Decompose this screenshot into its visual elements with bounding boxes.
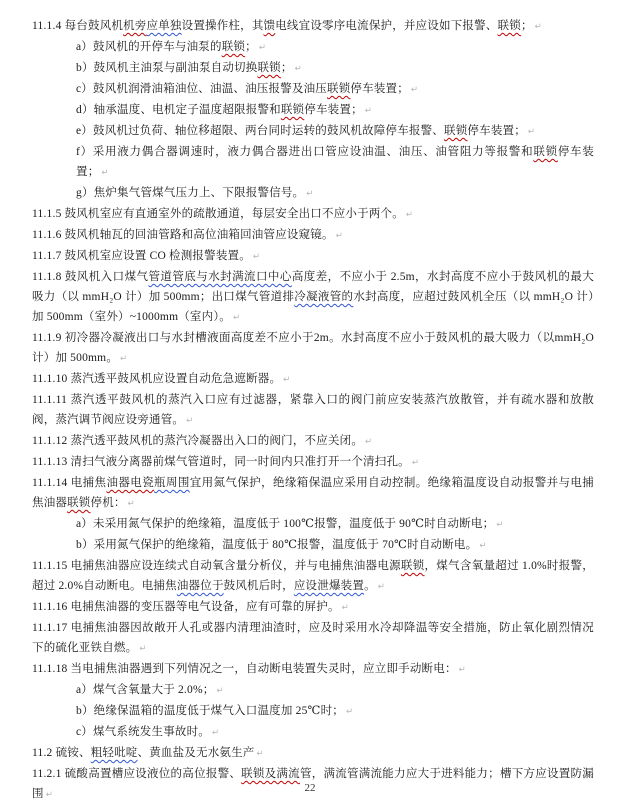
- list-item-paragraph: d）轴承温度、电机定子温度超限报警和联锁停车装置；↵: [32, 100, 594, 121]
- clause-paragraph: 11.1.14 电捕焦油器电瓷瓶周围宜用氮气保护，绝缘箱保温应采用自动控制。绝缘…: [32, 473, 594, 514]
- paragraph-mark-icon: ↵: [139, 644, 146, 654]
- clause-paragraph: 11.2 硫铵、粗轻吡啶、黄血盐及无水氨生产↵: [32, 743, 594, 764]
- text-run: ；: [521, 20, 533, 32]
- paragraph-mark-icon: ↵: [496, 520, 503, 530]
- list-item-paragraph: c）鼓风机润滑油箱油位、油温、油压报警及油压联锁停车装置；↵: [32, 79, 594, 100]
- text-run: 11.1.6 鼓风机轴瓦的回油管路和高位油箱回油管应设窥镜。: [32, 229, 334, 241]
- text-run: 11.1.8 鼓风机入口煤气: [32, 271, 148, 283]
- spellcheck-marked-text: 联锁: [401, 560, 425, 572]
- text-run: 11.1.15 电捕焦油器应设连续式自动氧含量分析仪，并与电捕焦油器电源: [32, 560, 401, 572]
- paragraph-mark-icon: ↵: [336, 231, 343, 241]
- clause-paragraph: 11.1.11 蒸汽透平鼓风机的蒸汽入口应有过滤器，紧靠入口的阀门前应安装蒸汽放…: [32, 390, 594, 431]
- list-item-paragraph: b）鼓风机主油泵与副油泵自动切换联锁；↵: [32, 58, 594, 79]
- list-item-paragraph: b）采用氮气保护的绝缘箱，温度低于 80℃报警，温度低于 70℃时自动断电。↵: [32, 535, 594, 556]
- text-run: a）煤气含氧量大于 2.0%；: [76, 684, 214, 696]
- text-run: 11.1.10 蒸汽透平鼓风机应设置自动危急遮断器。: [32, 373, 281, 385]
- text-run: 11.1.7 鼓风机室应设置 CO 检测报警装置。: [32, 250, 251, 262]
- paragraph-mark-icon: ↵: [257, 749, 264, 759]
- spellcheck-marked-text: 联锁: [257, 62, 280, 74]
- text-run: 设置操作柱，其: [182, 20, 264, 32]
- list-item-paragraph: f）采用液力偶合器调速时，液力偶合器进出口管应设油温、油压、油管阻力等报警和联锁…: [32, 142, 594, 183]
- list-item-paragraph: c）煤气系统发生事故时。↵: [32, 722, 594, 743]
- text-run: 11.2.1 硫酸高置槽应设液位的高位报警、: [32, 768, 241, 780]
- paragraph-mark-icon: ↵: [479, 541, 486, 551]
- spellcheck-marked-text: 联锁: [222, 41, 245, 53]
- text-run: ；: [245, 41, 257, 53]
- text-run: 11.1.17 电捕焦油器因故敞开人孔或器内清理油渣时，应及时采用水冷却降温等安…: [32, 622, 594, 654]
- text-run: 11.2 硫铵、: [32, 747, 91, 759]
- text-run: 。: [364, 580, 376, 592]
- text-run: 11.1.13 清扫气液分离器前煤气管道时，同一时间内只准打开一个清扫孔。: [32, 456, 410, 468]
- spellcheck-marked-text: 联锁: [444, 125, 467, 137]
- spellcheck-marked-text: 油器电瓷: [106, 477, 154, 489]
- grammar-marked-text: 冷凝液管的: [294, 291, 353, 303]
- paragraph-mark-icon: ↵: [101, 168, 108, 178]
- spellcheck-marked-text: 联锁: [327, 83, 350, 95]
- grammar-marked-text: 应设泄爆装置: [294, 580, 364, 592]
- paragraph-mark-icon: ↵: [128, 499, 135, 509]
- clause-paragraph: 11.1.6 鼓风机轴瓦的回油管路和高位油箱回油管应设窥镜。↵: [32, 225, 594, 246]
- grammar-marked-text: 应单独: [147, 20, 182, 32]
- paragraph-mark-icon: ↵: [120, 354, 127, 364]
- grammar-marked-text: 管道管底与水封满流口中心: [148, 271, 291, 283]
- text-run: 11.1.5 鼓风机室应有直通室外的疏散通道，每层安全出口不应小于两个。: [32, 208, 404, 220]
- clause-paragraph: 11.1.17 电捕焦油器因故敞开人孔或器内清理油渣时，应及时采用水冷却降温等安…: [32, 618, 594, 659]
- grammar-marked-text: 粗轻吡啶: [91, 747, 138, 759]
- paragraph-mark-icon: ↵: [259, 43, 266, 53]
- clause-paragraph: 11.1.10 蒸汽透平鼓风机应设置自动危急遮断器。↵: [32, 369, 594, 390]
- clause-paragraph: 11.1.13 清扫气液分离器前煤气管道时，同一时间内只准打开一个清扫孔。↵: [32, 452, 594, 473]
- text-run: 11.1.18 当电捕焦油器遇到下列情况之一，自动断电装置失灵时，应立即手动断电…: [32, 663, 457, 675]
- text-run: 11.1.9 初冷器冷凝液出口与水封槽液面高度差不应小于2m。水封高度不应小于鼓…: [32, 332, 594, 364]
- paragraph-mark-icon: ↵: [528, 127, 535, 137]
- spellcheck-marked-text: 联锁: [281, 104, 304, 116]
- text-run: c）鼓风机润滑油箱油位、油温、油压报警及油压: [76, 83, 327, 95]
- spellcheck-marked-text: 联锁: [533, 146, 557, 158]
- clause-paragraph: 11.1.15 电捕焦油器应设连续式自动氧含量分析仪，并与电捕焦油器电源联锁，煤…: [32, 556, 594, 597]
- text-run: 11.1.11 蒸汽透平鼓风机的蒸汽入口应有过滤器，紧靠入口的阀门前应安装蒸汽放…: [32, 394, 594, 426]
- text-run: 11.1.12 蒸汽透平鼓风机的蒸汽冷凝器出入口的阀门，不应关闭。: [32, 435, 363, 447]
- spellcheck-marked-text: 联锁: [498, 20, 521, 32]
- paragraph-mark-icon: ↵: [459, 665, 466, 675]
- text-run: 11.1.4 每台鼓风机: [32, 20, 123, 32]
- text-run: d）轴承温度、电机定子温度超限报警和: [76, 104, 281, 116]
- text-run: a）未采用氮气保护的绝缘箱，温度低于 100℃报警，温度低于 90℃时自动断电；: [76, 518, 494, 530]
- paragraph-mark-icon: ↵: [212, 728, 219, 738]
- paragraph-mark-icon: ↵: [283, 375, 290, 385]
- list-item-paragraph: b）绝缘保温箱的温度低于煤气入口温度加 25℃时；↵: [32, 701, 594, 722]
- text-run: 电线宜设零序电流保护，并应设如下报警、: [275, 20, 497, 32]
- list-item-paragraph: a）未采用氮气保护的绝缘箱，温度低于 100℃报警，温度低于 90℃时自动断电；…: [32, 514, 594, 535]
- clause-paragraph: 11.1.7 鼓风机室应设置 CO 检测报警装置。↵: [32, 246, 594, 267]
- spellcheck-marked-text: 机旁: [123, 20, 146, 32]
- list-item-paragraph: a）鼓风机的开停车与油泵的联锁；↵: [32, 37, 594, 58]
- paragraph-mark-icon: ↵: [253, 252, 260, 262]
- paragraph-mark-icon: ↵: [216, 686, 223, 696]
- text-run: 11.1.16 电捕焦油器的变压器等电气设备，应有可靠的屏护。: [32, 601, 340, 613]
- paragraph-mark-icon: ↵: [378, 582, 385, 592]
- clause-paragraph: 11.1.18 当电捕焦油器遇到下列情况之一，自动断电装置失灵时，应立即手动断电…: [32, 659, 594, 680]
- list-item-paragraph: g）焦炉集气管煤气压力上、下限报警信号。↵: [32, 183, 594, 204]
- text-run: b）采用氮气保护的绝缘箱，温度低于 80℃报警，温度低于 70℃时自动断电。: [76, 539, 477, 551]
- paragraph-mark-icon: ↵: [411, 85, 418, 95]
- paragraph-mark-icon: ↵: [233, 313, 240, 323]
- clause-paragraph: 11.1.9 初冷器冷凝液出口与水封槽液面高度差不应小于2m。水封高度不应小于鼓…: [32, 328, 594, 369]
- grammar-marked-text: 瓶周围: [154, 477, 190, 489]
- paragraph-mark-icon: ↵: [342, 603, 349, 613]
- text-run: f）采用液力偶合器调速时，液力偶合器进出口管应设油温、油压、油管阻力等报警和: [76, 146, 533, 158]
- text-run: 停车装置；: [304, 104, 363, 116]
- text-run: 停车装置；: [467, 125, 526, 137]
- page-number: 22: [0, 782, 620, 794]
- text-run: 鼓风机后时，: [224, 580, 294, 592]
- paragraph-mark-icon: ↵: [412, 458, 419, 468]
- grammar-marked-text: 油器位于: [177, 580, 224, 592]
- clause-paragraph: 11.1.8 鼓风机入口煤气管道管底与水封满流口中心高度差，不应小于 2.5m，…: [32, 267, 594, 328]
- paragraph-mark-icon: ↵: [406, 210, 413, 220]
- text-run: 停车装置；: [350, 83, 409, 95]
- list-item-paragraph: a）煤气含氧量大于 2.0%；↵: [32, 680, 594, 701]
- paragraph-mark-icon: ↵: [365, 106, 372, 116]
- paragraph-mark-icon: ↵: [186, 416, 193, 426]
- text-run: 、黄血盐及无水氨生产: [138, 747, 255, 759]
- text-run: 11.1.14 电捕焦: [32, 477, 106, 489]
- paragraph-mark-icon: ↵: [535, 22, 542, 32]
- text-run: 停机：: [91, 497, 126, 509]
- spellcheck-marked-text: 联锁及满流: [241, 768, 300, 780]
- paragraph-mark-icon: ↵: [306, 189, 313, 199]
- clause-paragraph: 11.1.12 蒸汽透平鼓风机的蒸汽冷凝器出入口的阀门，不应关闭。↵: [32, 431, 594, 452]
- text-run: a）鼓风机的开停车与油泵的: [76, 41, 222, 53]
- paragraph-mark-icon: ↵: [365, 437, 372, 447]
- text-run: b）鼓风机主油泵与副油泵自动切换: [76, 62, 257, 74]
- text-run: g）焦炉集气管煤气压力上、下限报警信号。: [76, 187, 304, 199]
- text-run: c）煤气系统发生事故时。: [76, 726, 210, 738]
- clause-paragraph: 11.1.4 每台鼓风机机旁应单独设置操作柱，其馈电线宜设零序电流保护，并应设如…: [32, 16, 594, 37]
- text-run: b）绝缘保温箱的温度低于煤气入口温度加 25℃时；: [76, 705, 344, 717]
- list-item-paragraph: e）鼓风机过负荷、轴位移超限、两台同时运转的鼓风机故障停车报警、联锁停车装置；↵: [32, 121, 594, 142]
- spellcheck-marked-text: 联锁: [67, 497, 90, 509]
- text-run: ；: [281, 62, 293, 74]
- spellcheck-marked-text: 馈: [264, 20, 276, 32]
- document-body: 11.1.4 每台鼓风机机旁应单独设置操作柱，其馈电线宜设零序电流保护，并应设如…: [32, 16, 594, 800]
- paragraph-mark-icon: ↵: [295, 64, 302, 74]
- document-page: 11.1.4 每台鼓风机机旁应单独设置操作柱，其馈电线宜设零序电流保护，并应设如…: [0, 0, 620, 800]
- text-run: e）鼓风机过负荷、轴位移超限、两台同时运转的鼓风机故障停车报警、: [76, 125, 444, 137]
- clause-paragraph: 11.1.5 鼓风机室应有直通室外的疏散通道，每层安全出口不应小于两个。↵: [32, 204, 594, 225]
- paragraph-mark-icon: ↵: [346, 707, 353, 717]
- clause-paragraph: 11.1.16 电捕焦油器的变压器等电气设备，应有可靠的屏护。↵: [32, 597, 594, 618]
